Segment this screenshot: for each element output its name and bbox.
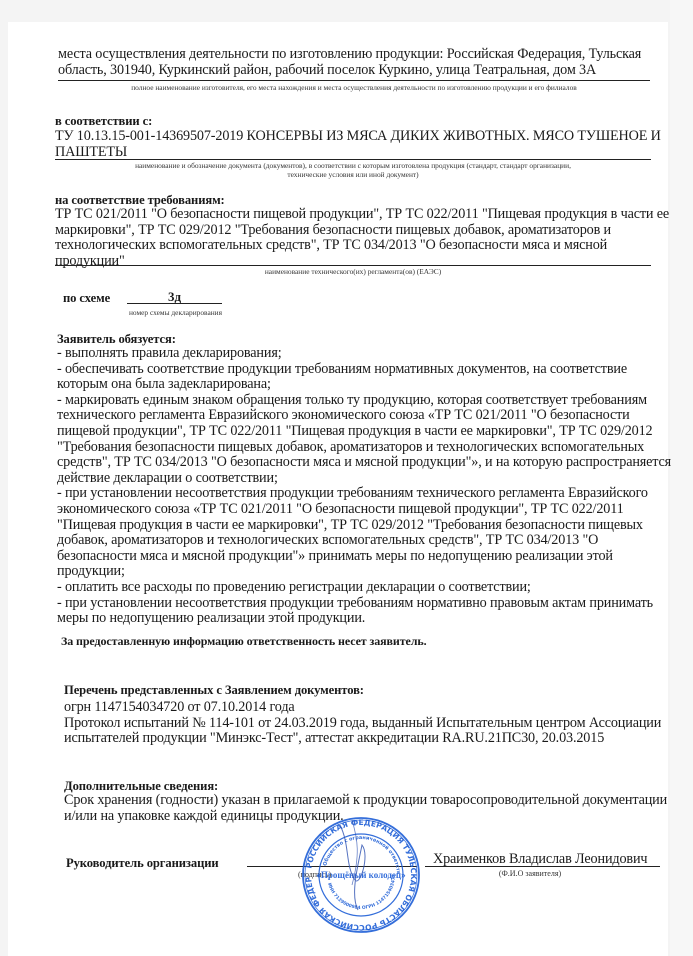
documents-heading: Перечень представленных с Заявлением док…: [64, 683, 364, 698]
scan-edge: [670, 0, 693, 956]
document-line: Протокол испытаний № 114-101 от 24.03.20…: [64, 716, 661, 732]
obligation-line: пищевой продукции", ТР ТС 022/2011 "Пище…: [57, 424, 671, 440]
conformity-line: ПАШТЕТЫ: [55, 145, 661, 161]
conformity-caption: наименование и обозначение документа (до…: [55, 161, 651, 179]
obligation-line: - маркировать единым знаком обращения то…: [57, 393, 671, 409]
conformity-heading: в соответствии с:: [55, 114, 152, 129]
obligation-line: "Требования безопасности пищевых добавок…: [57, 440, 671, 456]
obligation-line: - при установлении несоответствия продук…: [57, 596, 671, 612]
requirements-underline: [55, 265, 651, 266]
obligation-line: - при установлении несоответствия продук…: [57, 486, 671, 502]
obligation-line: действие декларации о соответствии;: [57, 471, 671, 487]
obligations-list: - выполнять правила декларирования; - об…: [57, 346, 671, 627]
requirements-line: маркировки", ТР ТС 029/2012 "Требования …: [55, 223, 669, 239]
conformity-underline: [55, 159, 651, 160]
manufacturer-line: места осуществления деятельности по изго…: [58, 47, 641, 63]
obligation-line: "Пищевая продукция в части ее маркировки…: [57, 518, 671, 534]
manufacturer-caption: полное наименование изготовителя, его ме…: [58, 83, 650, 92]
obligation-line: экономического союза «ТР ТС 021/2011 "О …: [57, 502, 671, 518]
obligation-line: - обеспечивать соответствие продукции тр…: [57, 362, 671, 378]
responsibility-statement: За предоставленную информацию ответствен…: [61, 634, 427, 649]
requirements-line: ТР ТС 021/2011 "О безопасности пищевой п…: [55, 207, 669, 223]
documents-list: огрн 1147154034720 от 07.10.2014 года Пр…: [64, 700, 661, 747]
scheme-label: по схеме: [63, 291, 110, 306]
requirements-line: технологических вспомогательных средств"…: [55, 238, 669, 254]
company-stamp-icon: РОССИЙСКАЯ ФЕДЕРАЦИЯ ТУЛЬСКАЯ ОБЛАСТЬ РО…: [300, 815, 422, 935]
scheme-underline: [127, 303, 222, 304]
conformity-document: ТУ 10.13.15-001-14369507-2019 КОНСЕРВЫ И…: [55, 129, 661, 160]
obligation-line: - оплатить все расходы по проведению рег…: [57, 580, 671, 596]
obligation-line: технического регламента Евразийского эко…: [57, 408, 671, 424]
signature-role-label: Руководитель организации: [66, 856, 219, 871]
additional-line: Срок хранения (годности) указан в прилаг…: [64, 793, 667, 809]
obligation-line: средств", ТР ТС 034/2013 "О безопасности…: [57, 455, 671, 471]
obligation-line: - выполнять правила декларирования;: [57, 346, 671, 362]
obligation-line: добавок, ароматизаторов и технологически…: [57, 533, 671, 549]
document-line: огрн 1147154034720 от 07.10.2014 года: [64, 700, 661, 716]
signer-name-underline: [425, 866, 660, 867]
obligation-line: меры по недопущению реализации этой прод…: [57, 611, 671, 627]
requirements-text: ТР ТС 021/2011 "О безопасности пищевой п…: [55, 207, 669, 269]
manufacturer-line: область, 301940, Куркинский район, рабоч…: [58, 63, 641, 79]
obligation-line: которым она была задекларирована;: [57, 377, 671, 393]
document-line: испытателей продукции "Минэкс-Тест", атт…: [64, 731, 661, 747]
conformity-line: ТУ 10.13.15-001-14369507-2019 КОНСЕРВЫ И…: [55, 129, 661, 145]
manufacturer-underline: [58, 80, 650, 81]
requirements-caption: наименование технического(их) регламента…: [55, 267, 651, 276]
manufacturer-address: места осуществления деятельности по изго…: [58, 47, 641, 78]
signer-name-caption: (Ф.И.О заявителя): [470, 869, 590, 878]
obligation-line: продукции;: [57, 564, 671, 580]
scheme-caption: номер схемы декларирования: [108, 308, 243, 317]
obligation-line: безопасности мяса и мясной продукции"» п…: [57, 549, 671, 565]
